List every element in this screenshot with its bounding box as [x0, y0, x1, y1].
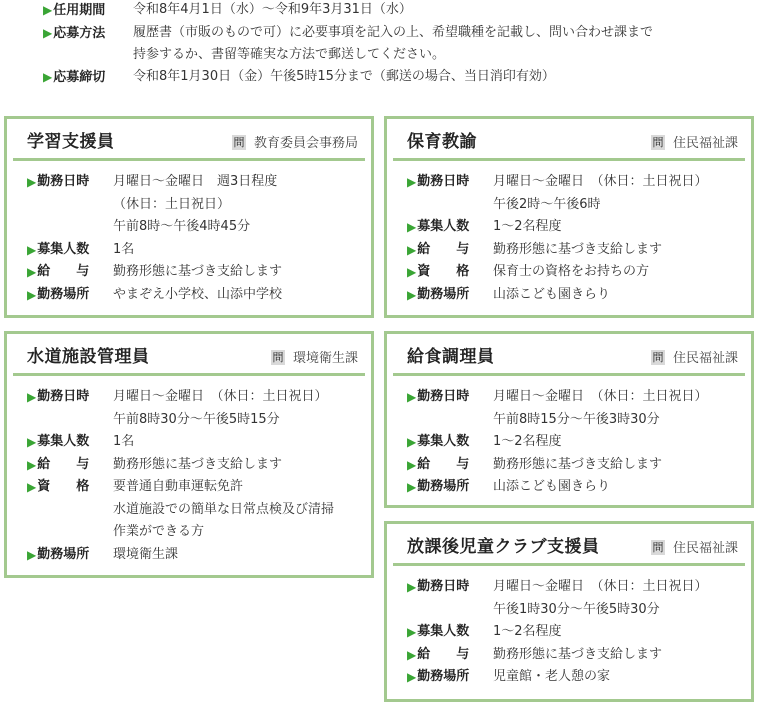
row-label: 勤務日時 — [417, 386, 469, 431]
arrow-right-icon: ▶ — [27, 261, 36, 284]
row-label: 勤務場所 — [37, 284, 89, 307]
job-row: ▶勤務場所 やまぞえ小学校、山添中学校 — [27, 284, 371, 307]
arrow-right-icon: ▶ — [407, 216, 416, 239]
job-row: ▶勤務場所 児童館・老人憩の家 — [407, 666, 751, 689]
info-value: 履歴書（市販のもので可）に必要事項を記入の上、希望職種を記載し、問い合わせ課まで — [133, 22, 743, 44]
inquiry-icon: 問 — [651, 135, 665, 150]
job-card-header: 水道施設管理員 問環境衛生課 — [13, 334, 365, 376]
row-label: 勤務場所 — [417, 666, 469, 689]
row-value: 勤務形態に基づき支給します — [493, 644, 751, 667]
arrow-right-icon: ▶ — [407, 644, 416, 667]
job-contact: 問環境衛生課 — [271, 347, 358, 366]
arrow-right-icon: ▶ — [43, 3, 52, 17]
info-method: ▶応募方法 履歴書（市販のもので可）に必要事項を記入の上、希望職種を記載し、問い… — [43, 22, 743, 66]
job-card-header: 放課後児童クラブ支援員 問住民福祉課 — [393, 524, 745, 566]
row-value: 月曜日～金曜日 （休日：土日祝日） — [493, 386, 751, 409]
row-value: 午後2時～午後6時 — [493, 194, 751, 217]
job-row: ▶募集人数 1～2名程度 — [407, 216, 751, 239]
job-row: ▶勤務日時 月曜日～金曜日 （休日：土日祝日） 午後2時～午後6時 — [407, 171, 751, 216]
row-label: 勤務日時 — [417, 171, 469, 216]
info-value: 令和8年1月30日（金）午後5時15分まで（郵送の場合、当日消印有効） — [133, 66, 743, 88]
job-card-header: 学習支援員 問教育委員会事務局 — [13, 119, 365, 161]
job-contact: 問住民福祉課 — [651, 132, 738, 151]
row-label: 勤務場所 — [37, 544, 89, 567]
job-card-water-facility-manager: 水道施設管理員 問環境衛生課 ▶勤務日時 月曜日～金曜日 （休日：土日祝日） 午… — [4, 331, 374, 578]
row-label: 勤務日時 — [417, 576, 469, 621]
job-row: ▶給 与 勤務形態に基づき支給します — [27, 454, 371, 477]
row-value: 山添こども園きらり — [493, 284, 751, 307]
job-row: ▶給 与 勤務形態に基づき支給します — [27, 261, 371, 284]
arrow-right-icon: ▶ — [407, 476, 416, 499]
row-label: 資 格 — [37, 476, 89, 544]
arrow-right-icon: ▶ — [407, 386, 416, 431]
job-row: ▶勤務場所 山添こども園きらり — [407, 476, 751, 499]
row-value: 月曜日～金曜日 （休日：土日祝日） — [493, 576, 751, 599]
job-row: ▶資 格 保育士の資格をお持ちの方 — [407, 261, 751, 284]
row-value: 月曜日～金曜日 （休日：土日祝日） — [493, 171, 751, 194]
row-label: 勤務場所 — [417, 476, 469, 499]
inquiry-icon: 問 — [232, 135, 246, 150]
job-row: ▶勤務日時 月曜日～金曜日 週3日程度 （休日：土日祝日） 午前8時～午後4時4… — [27, 171, 371, 239]
job-title: 保育教諭 — [407, 127, 477, 152]
arrow-right-icon: ▶ — [27, 431, 36, 454]
job-card-school-lunch-cook: 給食調理員 問住民福祉課 ▶勤務日時 月曜日～金曜日 （休日：土日祝日） 午前8… — [384, 331, 754, 508]
info-label: 応募方法 — [53, 26, 105, 41]
job-row: ▶勤務日時 月曜日～金曜日 （休日：土日祝日） 午前8時30分～午後5時15分 — [27, 386, 371, 431]
row-label: 募集人数 — [37, 239, 89, 262]
arrow-right-icon: ▶ — [27, 171, 36, 239]
inquiry-icon: 問 — [651, 350, 665, 365]
arrow-right-icon: ▶ — [407, 431, 416, 454]
job-contact: 問住民福祉課 — [651, 347, 738, 366]
row-label: 募集人数 — [37, 431, 89, 454]
row-label: 給 与 — [417, 644, 469, 667]
info-deadline: ▶応募締切 令和8年1月30日（金）午後5時15分まで（郵送の場合、当日消印有効… — [43, 66, 743, 89]
arrow-right-icon: ▶ — [43, 26, 52, 40]
row-value: 児童館・老人憩の家 — [493, 666, 751, 689]
row-value: 1～2名程度 — [493, 621, 751, 644]
job-contact: 問住民福祉課 — [651, 537, 738, 556]
contact-department: 環境衛生課 — [293, 351, 358, 366]
arrow-right-icon: ▶ — [27, 386, 36, 431]
job-row: ▶給 与 勤務形態に基づき支給します — [407, 644, 751, 667]
contact-department: 住民福祉課 — [673, 136, 738, 151]
row-value: 午前8時～午後4時45分 — [113, 216, 371, 239]
row-value: 山添こども園きらり — [493, 476, 751, 499]
job-row: ▶勤務場所 山添こども園きらり — [407, 284, 751, 307]
row-value: 1～2名程度 — [493, 216, 751, 239]
arrow-right-icon: ▶ — [43, 70, 52, 84]
row-value: 勤務形態に基づき支給します — [113, 454, 371, 477]
arrow-right-icon: ▶ — [407, 621, 416, 644]
arrow-right-icon: ▶ — [27, 454, 36, 477]
row-label: 資 格 — [417, 261, 469, 284]
info-value: 持参するか、書留等確実な方法で郵送してください。 — [133, 44, 743, 66]
row-value: 勤務形態に基づき支給します — [493, 239, 751, 262]
contact-department: 住民福祉課 — [673, 541, 738, 556]
job-card-header: 保育教諭 問住民福祉課 — [393, 119, 745, 161]
row-value: 月曜日～金曜日 （休日：土日祝日） — [113, 386, 371, 409]
row-value: 1名 — [113, 431, 371, 454]
row-label: 給 与 — [417, 239, 469, 262]
row-value: 保育士の資格をお持ちの方 — [493, 261, 751, 284]
info-label: 任用期間 — [53, 3, 105, 18]
row-value: 1名 — [113, 239, 371, 262]
row-value: 勤務形態に基づき支給します — [493, 454, 751, 477]
inquiry-icon: 問 — [271, 350, 285, 365]
row-label: 勤務場所 — [417, 284, 469, 307]
row-value: 勤務形態に基づき支給します — [113, 261, 371, 284]
row-value: 午前8時15分～午後3時30分 — [493, 409, 751, 432]
job-contact: 問教育委員会事務局 — [232, 132, 358, 151]
row-value: 作業ができる方 — [113, 521, 371, 544]
arrow-right-icon: ▶ — [407, 576, 416, 621]
contact-department: 住民福祉課 — [673, 351, 738, 366]
job-card-nursery-teacher: 保育教諭 問住民福祉課 ▶勤務日時 月曜日～金曜日 （休日：土日祝日） 午後2時… — [384, 116, 754, 318]
job-row: ▶勤務場所 環境衛生課 — [27, 544, 371, 567]
job-row: ▶勤務日時 月曜日～金曜日 （休日：土日祝日） 午後1時30分～午後5時30分 — [407, 576, 751, 621]
job-row: ▶勤務日時 月曜日～金曜日 （休日：土日祝日） 午前8時15分～午後3時30分 — [407, 386, 751, 431]
row-label: 勤務日時 — [37, 386, 89, 431]
row-label: 給 与 — [37, 261, 89, 284]
info-label: 応募締切 — [53, 70, 105, 85]
row-value: 月曜日～金曜日 週3日程度 — [113, 171, 371, 194]
row-label: 給 与 — [37, 454, 89, 477]
job-row: ▶給 与 勤務形態に基づき支給します — [407, 454, 751, 477]
job-row: ▶募集人数 1～2名程度 — [407, 621, 751, 644]
arrow-right-icon: ▶ — [27, 239, 36, 262]
row-label: 募集人数 — [417, 621, 469, 644]
inquiry-icon: 問 — [651, 540, 665, 555]
row-label: 勤務日時 — [37, 171, 89, 239]
job-title: 放課後児童クラブ支援員 — [407, 532, 600, 557]
arrow-right-icon: ▶ — [407, 171, 416, 216]
row-value: 1～2名程度 — [493, 431, 751, 454]
row-label: 給 与 — [417, 454, 469, 477]
job-card-learning-support: 学習支援員 問教育委員会事務局 ▶勤務日時 月曜日～金曜日 週3日程度 （休日：… — [4, 116, 374, 318]
contact-department: 教育委員会事務局 — [254, 136, 358, 151]
arrow-right-icon: ▶ — [27, 544, 36, 567]
arrow-right-icon: ▶ — [407, 261, 416, 284]
row-value: 要普通自動車運転免許 — [113, 476, 371, 499]
row-value: 午後1時30分～午後5時30分 — [493, 599, 751, 622]
job-title: 学習支援員 — [27, 127, 115, 152]
arrow-right-icon: ▶ — [407, 454, 416, 477]
arrow-right-icon: ▶ — [407, 239, 416, 262]
row-label: 募集人数 — [417, 431, 469, 454]
job-title: 水道施設管理員 — [27, 342, 150, 367]
row-label: 募集人数 — [417, 216, 469, 239]
arrow-right-icon: ▶ — [407, 284, 416, 307]
row-value: 午前8時30分～午後5時15分 — [113, 409, 371, 432]
job-row: ▶給 与 勤務形態に基づき支給します — [407, 239, 751, 262]
arrow-right-icon: ▶ — [407, 666, 416, 689]
recruitment-info: ▶任用期間 令和8年4月1日（水）～令和9年3月31日（水） ▶応募方法 履歴書… — [43, 0, 743, 89]
job-card-after-school-club-support: 放課後児童クラブ支援員 問住民福祉課 ▶勤務日時 月曜日～金曜日 （休日：土日祝… — [384, 521, 754, 702]
info-value: 令和8年4月1日（水）～令和9年3月31日（水） — [133, 0, 743, 21]
job-row: ▶募集人数 1～2名程度 — [407, 431, 751, 454]
job-row: ▶資 格 要普通自動車運転免許 水道施設での簡単な日常点検及び清掃 作業ができる… — [27, 476, 371, 544]
job-row: ▶募集人数 1名 — [27, 431, 371, 454]
arrow-right-icon: ▶ — [27, 284, 36, 307]
row-value: やまぞえ小学校、山添中学校 — [113, 284, 371, 307]
row-value: （休日：土日祝日） — [113, 194, 371, 217]
job-card-header: 給食調理員 問住民福祉課 — [393, 334, 745, 376]
job-title: 給食調理員 — [407, 342, 495, 367]
info-term: ▶任用期間 令和8年4月1日（水）～令和9年3月31日（水） — [43, 0, 743, 22]
arrow-right-icon: ▶ — [27, 476, 36, 544]
row-value: 水道施設での簡単な日常点検及び清掃 — [113, 499, 371, 522]
job-row: ▶募集人数 1名 — [27, 239, 371, 262]
row-value: 環境衛生課 — [113, 544, 371, 567]
